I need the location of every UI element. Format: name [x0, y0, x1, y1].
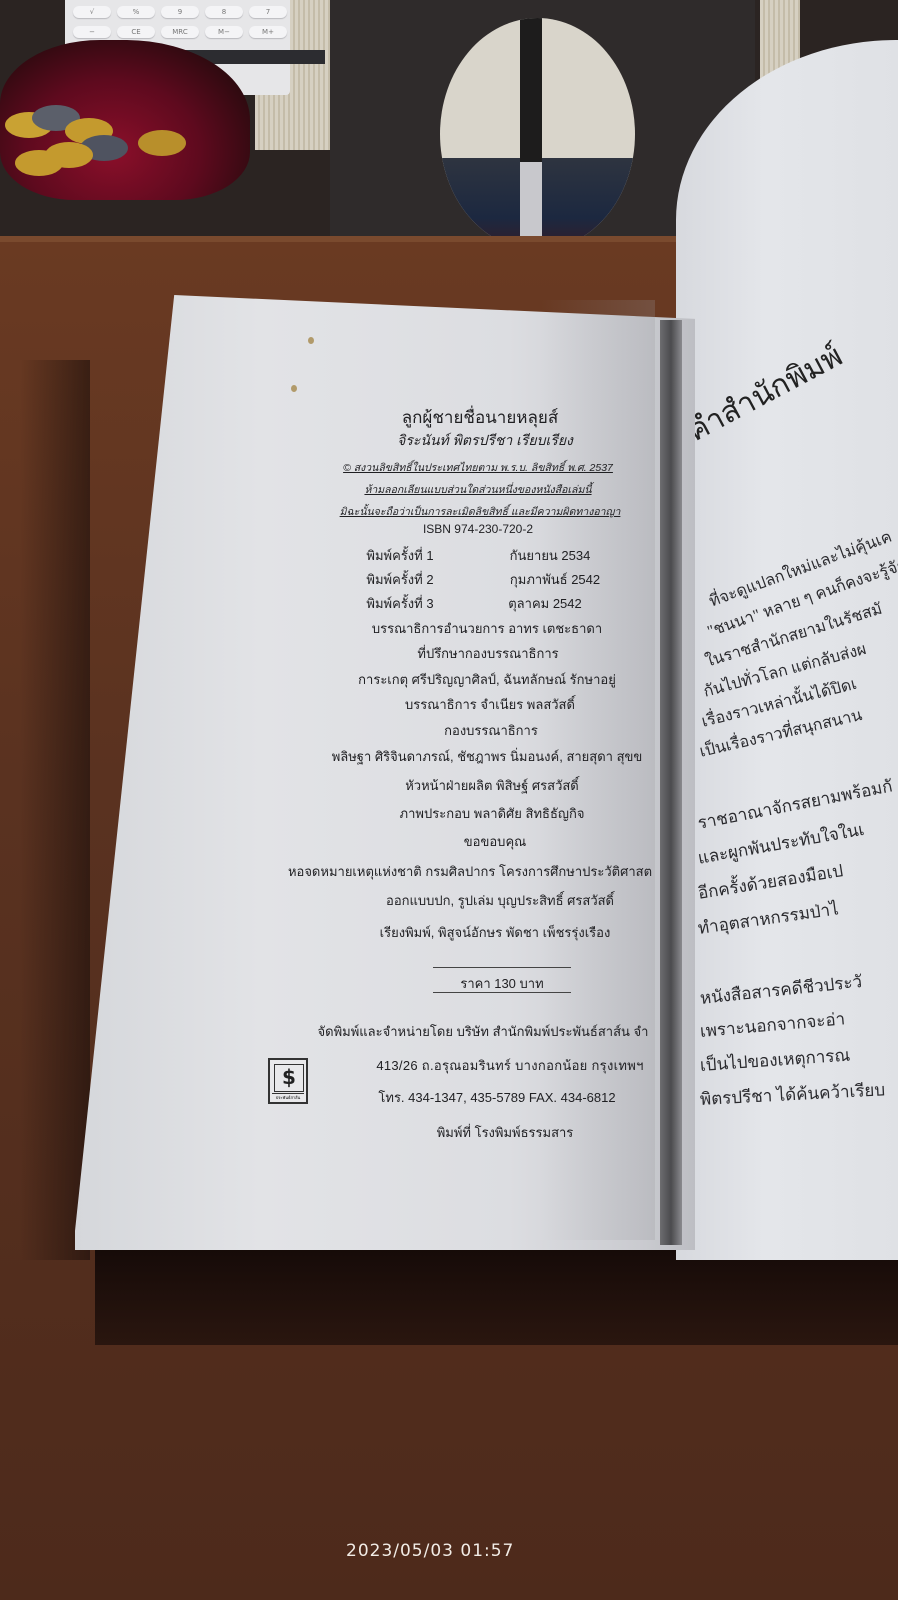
- calc-key: M+: [249, 26, 287, 38]
- right-page-heading: คำสำนักพิมพ์: [690, 333, 851, 454]
- credit-heading: กองบรรณาธิการ: [444, 720, 538, 741]
- coin: [138, 130, 186, 156]
- printing-label: พิมพ์ครั้งที่ 3: [366, 593, 433, 614]
- paper-stain: [308, 337, 314, 344]
- desk-edge: [0, 236, 680, 242]
- calc-key: √: [73, 6, 111, 18]
- copyright-line: ห้ามลอกเลียนแบบส่วนใดส่วนหนึ่งของหนังสือ…: [364, 481, 591, 498]
- credit-line: เรียงพิมพ์, พิสูจน์อักษร พัดชา เพ็ชรรุ่ง…: [380, 922, 611, 943]
- publisher-phone: โทร. 434-1347, 435-5789 FAX. 434-6812: [378, 1087, 615, 1108]
- copyright-line: © สงวนลิขสิทธิ์ในประเทศไทยตาม พ.ร.บ. ลิข…: [343, 459, 613, 476]
- book-gutter: [660, 320, 682, 1245]
- isbn: ISBN 974-230-720-2: [423, 522, 533, 536]
- printing-label: พิมพ์ครั้งที่ 2: [366, 569, 433, 590]
- credit-line: บรรณาธิการ จำเนียร พลสวัสดิ์: [405, 694, 575, 715]
- credit-line: ออกแบบปก, รูปเล่ม บุญประสิทธิ์ ศรสวัสดิ์: [386, 890, 614, 911]
- paper-stain: [291, 385, 297, 392]
- printer-line: พิมพ์ที่ โรงพิมพ์ธรรมสาร: [437, 1122, 574, 1143]
- credit-line: บรรณาธิการอำนวยการ อาทร เตชะธาดา: [372, 618, 602, 639]
- coin-dish: [0, 40, 250, 200]
- credit-heading: ขอขอบคุณ: [464, 831, 526, 852]
- oval-cutout: [440, 18, 635, 245]
- printing-date: ตุลาคม 2542: [508, 593, 582, 614]
- author-line: จิระนันท์ พิตรปรีชา เรียบเรียง: [397, 430, 573, 452]
- publisher-address: 413/26 ถ.อรุณอมรินทร์ บางกอกน้อย กรุงเทพ…: [376, 1055, 643, 1076]
- coin: [15, 150, 63, 176]
- book-shadow: [95, 1245, 898, 1345]
- body-line: เป็นไปของเหตุการณ: [699, 1042, 851, 1079]
- credit-line: หอจดหมายเหตุแห่งชาติ กรมศิลปากร โครงการศ…: [288, 861, 652, 882]
- publisher-line: จัดพิมพ์และจำหน่ายโดย บริษัท สำนักพิมพ์ป…: [318, 1021, 649, 1042]
- calc-key: −: [73, 26, 111, 38]
- publisher-logo: $ ประพันธ์สาส์น: [268, 1058, 308, 1104]
- photo-timestamp: 2023/05/03 01:57: [346, 1541, 514, 1561]
- calc-key: M−: [205, 26, 243, 38]
- calc-key: 7: [249, 6, 287, 18]
- price-rule-top: [433, 967, 571, 968]
- copyright-line: มิฉะนั้นจะถือว่าเป็นการละเมิดลิขสิทธิ์ แ…: [340, 503, 621, 520]
- credit-heading: ที่ปรึกษากองบรรณาธิการ: [417, 643, 558, 664]
- printing-label: พิมพ์ครั้งที่ 1: [366, 545, 433, 566]
- credit-line: ภาพประกอบ พลาดิศัย สิทธิธัญกิจ: [400, 803, 585, 824]
- book-shadow: [20, 360, 90, 1260]
- calc-key: MRC: [161, 26, 199, 38]
- calc-key: CE: [117, 26, 155, 38]
- credit-line: การะเกตุ ศรีปริญญาศิลป์, ฉันทลักษณ์ รักษ…: [358, 669, 616, 690]
- right-page-text: คำสำนักพิมพ์ ที่จะดูแปลกใหม่และไม่คุ้นเค…: [690, 330, 898, 1130]
- calc-key: %: [117, 6, 155, 18]
- price: ราคา 130 บาท: [460, 973, 543, 994]
- body-line: พิตรปรีชา ได้ค้นคว้าเรียบ: [699, 1076, 886, 1113]
- logo-caption: ประพันธ์สาส์น: [272, 1093, 304, 1100]
- printing-date: กุมภาพันธ์ 2542: [510, 569, 600, 590]
- credit-line: พลิษฐา ศิริจินดาภรณ์, ชัชฎาพร นิ่มอนงค์,…: [332, 746, 643, 767]
- book-title: ลูกผู้ชายชื่อนายหลุยส์: [402, 404, 559, 431]
- pole: [520, 18, 542, 245]
- body-line: เพราะนอกจากจะอ่า: [699, 1005, 846, 1045]
- calc-key: 8: [205, 6, 243, 18]
- calc-key: 9: [161, 6, 199, 18]
- price-rule-bottom: [433, 992, 571, 993]
- credit-line: หัวหน้าฝ่ายผลิต พิสิษฐ์ ศรสวัสดิ์: [405, 775, 579, 796]
- printing-date: กันยายน 2534: [510, 545, 591, 566]
- logo-glyph: $: [274, 1064, 304, 1092]
